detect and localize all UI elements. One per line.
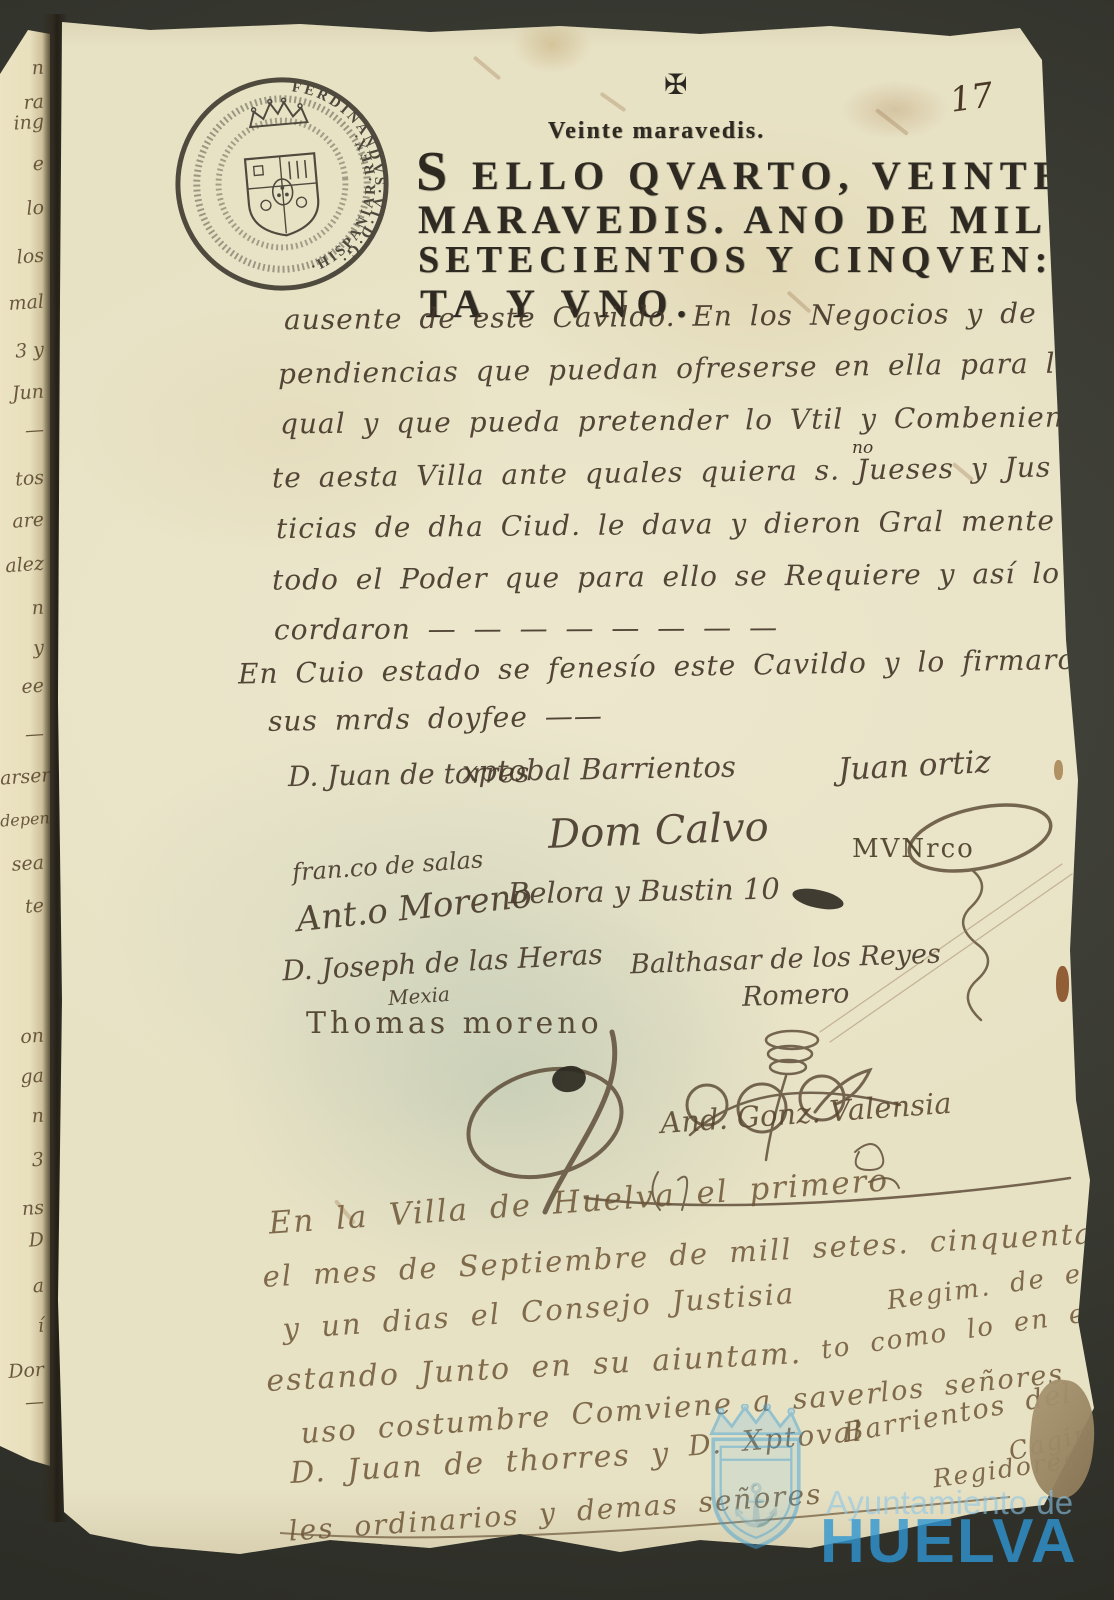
closing-line: sus mrds doyfee —— — [268, 699, 603, 738]
left-page-text-fragment: alez — [0, 552, 48, 577]
body-line: qual y que pueda pretender lo Vtil y Com… — [280, 401, 1064, 441]
entry-line: to como lo en es — [819, 1296, 1103, 1365]
left-page-text-fragment: a — [0, 1274, 48, 1299]
left-page-text-fragment: Dor — [0, 1358, 48, 1383]
left-page-text-fragment: ga — [0, 1064, 48, 1089]
body-line: pendiencias que puedan ofreserse en ella… — [278, 346, 1074, 390]
left-page-text-fragment: arser — [0, 764, 48, 789]
manuscript-scan: { "document": { "folio_number": "17", "h… — [0, 0, 1114, 1600]
paper-stain — [512, 16, 592, 74]
royal-seal-ferdinand-vi: ·HISPANIAR·REX· FERDINANDVS·VI·D·G· — [158, 53, 406, 316]
manuscript-page: 17 ✠ Veinte maravedis. S ELLO QVARTO, VE… — [0, 0, 1114, 1600]
entry-line: Regim. de ella — [885, 1254, 1114, 1316]
signature-flourishes — [230, 740, 1110, 1240]
rust-spot — [1056, 966, 1069, 1002]
folio-number: 17 — [947, 75, 995, 121]
left-page-text-fragment: on — [0, 1024, 48, 1049]
tax-line: Veinte maravedis. — [548, 118, 765, 145]
left-page-text-fragment: lo — [0, 196, 48, 221]
body-line: cordaron — — — — — — — — — [274, 611, 778, 647]
left-page-text-fragment: 3 y — [0, 338, 48, 363]
left-page-text-fragment: n — [0, 56, 48, 81]
left-page-text-fragment: tos — [0, 466, 48, 491]
left-page-text-fragment: depen — [0, 808, 48, 830]
left-page-text-fragment: e — [0, 152, 48, 177]
left-page-text-fragment: n — [0, 596, 48, 621]
closing-line: En Cuio estado se fenesío este Cavildo y… — [238, 643, 1095, 691]
left-page-text-fragment: í — [0, 1314, 48, 1339]
left-page-text-fragment: D — [0, 1228, 48, 1253]
left-page-text-fragment: — — [0, 418, 48, 443]
printed-heading-line: MARAVEDIS. ANO DE MIL — [418, 196, 1048, 243]
left-page-text-fragment: sea — [0, 851, 48, 876]
paper-stain — [840, 80, 950, 140]
left-page-text-fragment: te — [0, 894, 48, 919]
superscript-abbreviation: no — [852, 438, 873, 458]
maltese-cross-icon: ✠ — [664, 68, 687, 101]
left-page-text-fragment: 3 — [0, 1148, 48, 1173]
left-page-text-fragment: ing — [0, 110, 48, 135]
left-page-text-fragment: mal — [0, 290, 48, 315]
rust-spot — [1054, 760, 1063, 780]
left-page-text-fragment: ee — [0, 674, 48, 699]
entry-underline-flourish — [250, 1455, 1040, 1565]
printed-heading-line: ELLO QVARTO, VEINTE — [472, 152, 1067, 199]
body-line: ausente de este Cavildo. En los Negocios… — [284, 297, 1037, 337]
aging-mark — [473, 56, 502, 81]
left-page-text-fragment: — — [0, 722, 48, 747]
left-page-text-fragment: los — [0, 244, 48, 269]
left-page-text-fragment: n — [0, 1104, 48, 1129]
printed-heading-initial: S — [416, 140, 447, 204]
body-line: te aesta Villa ante quales quiera s. Jue… — [272, 451, 1052, 495]
left-page-text-fragment: ns — [0, 1196, 48, 1221]
left-page-text-fragment: Jun — [0, 380, 48, 405]
left-page-text-fragment: — — [0, 1390, 48, 1415]
left-page-text-fragment: are — [0, 508, 48, 533]
aging-mark — [600, 92, 627, 112]
left-page-text-fragment: y — [0, 636, 48, 661]
body-line: ticias de dha Ciud. le dava y dieron Gra… — [276, 504, 1055, 545]
printed-heading-line: SETECIENTOS Y CINQVEN: — [418, 238, 1053, 282]
body-line: todo el Poder que para ello se Requiere … — [272, 556, 1095, 596]
